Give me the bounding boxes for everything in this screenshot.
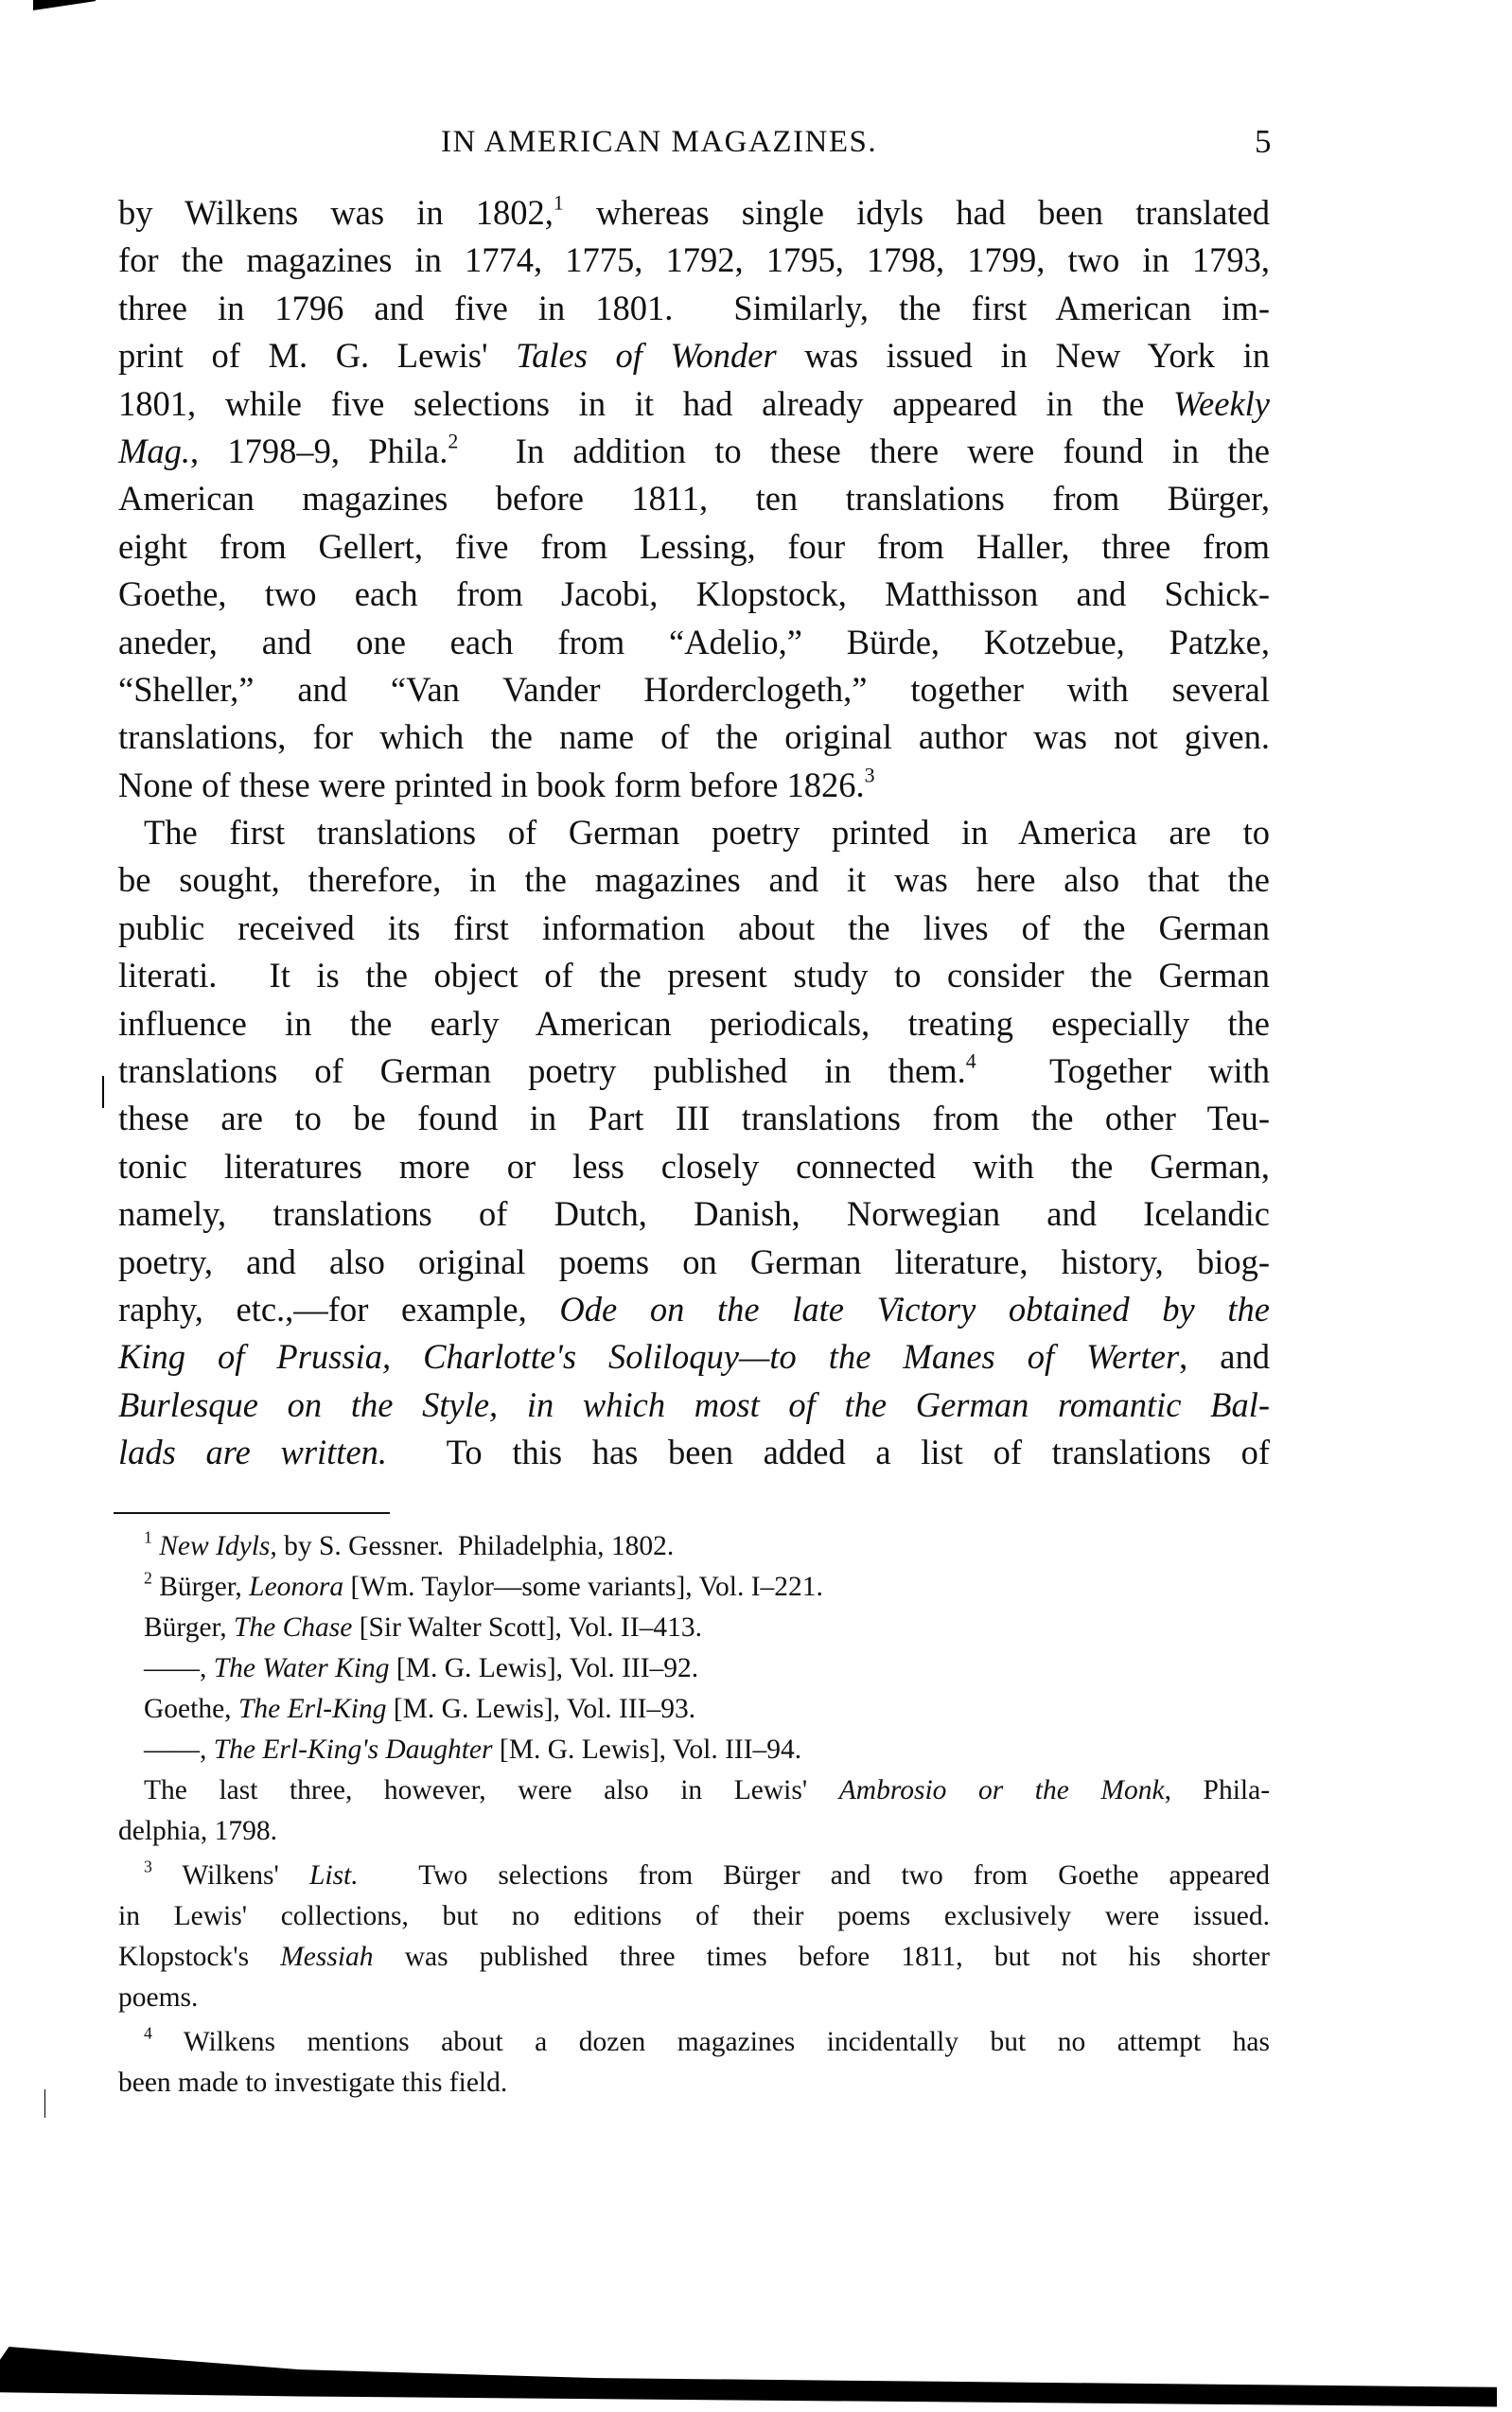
text-run: Goethe, two each from Jacobi, Klopstock,… <box>118 574 1270 613</box>
text-run: public received its first information ab… <box>118 908 1270 947</box>
body-line: for the magazines in 1774, 1775, 1792, 1… <box>118 237 1270 284</box>
text-run: None of these were printed in book form … <box>118 766 865 804</box>
body-line: Burlesque on the Style, in which most of… <box>118 1382 1270 1429</box>
footnotes-line: The last three, however, were also in Le… <box>118 1770 1270 1811</box>
body-line: literati. It is the object of the presen… <box>118 952 1270 999</box>
footnotes-line: 2 Bürger, Leonora [Wm. Taylor—some varia… <box>118 1567 1270 1608</box>
footnote-marker: 3 <box>144 1857 152 1876</box>
text-run: whereas single idyls had been translated <box>564 193 1270 232</box>
footnote-marker: 4 <box>144 2024 152 2043</box>
body-line: King of Prussia, Charlotte's Soliloquy—t… <box>118 1333 1270 1381</box>
scan-edge-bottom <box>0 2347 1497 2412</box>
italic-text: King of Prussia, Charlotte's Soliloquy—t… <box>118 1337 1179 1376</box>
text-run: 1801, while five selections in it had al… <box>118 384 1173 423</box>
text-run: Bürger, <box>144 1612 234 1643</box>
body-line: these are to be found in Part III transl… <box>118 1095 1270 1142</box>
margin-mark <box>102 1076 104 1108</box>
footnotes-line: ——, The Erl-King's Daughter [M. G. Lewis… <box>118 1730 1270 1770</box>
text-run: poems. <box>118 1982 198 2013</box>
text-run: ——, <box>144 1734 214 1765</box>
footnotes-line: delphia, 1798. <box>118 1811 1270 1852</box>
text-run: raphy, etc.,—for example, <box>118 1290 559 1329</box>
footnote-marker: 1 <box>554 191 564 215</box>
footnote-marker: 2 <box>448 430 458 453</box>
text-run: Goethe, <box>144 1694 238 1724</box>
text-run: To this has been added a list of transla… <box>387 1433 1270 1471</box>
text-run: was published three times before 1811, b… <box>374 1942 1270 1972</box>
text-run: by S. Gessner. Philadelphia, 1802. <box>277 1531 675 1561</box>
text-run: Wilkens mentions about a dozen magazines… <box>152 2027 1270 2057</box>
text-run: Together with <box>976 1051 1270 1090</box>
body-line: tonic literatures more or less closely c… <box>118 1143 1270 1190</box>
text-run: Bürger, <box>152 1572 249 1602</box>
text-run: The last three, however, were also in Le… <box>144 1775 839 1805</box>
italic-text: lads are written. <box>118 1433 387 1471</box>
body-line: influence in the early American periodic… <box>118 1000 1270 1048</box>
footnotes-line: Goethe, The Erl-King [M. G. Lewis], Vol.… <box>118 1689 1270 1730</box>
italic-text: New Idyls, <box>159 1531 277 1561</box>
italic-text: Messiah <box>280 1942 373 1972</box>
text-run: Two selections from Bürger and two from … <box>359 1860 1270 1891</box>
text-run: for the magazines in 1774, 1775, 1792, 1… <box>118 240 1270 279</box>
text-run: influence in the early American periodic… <box>118 1004 1270 1043</box>
margin-mark-dotted <box>44 2089 45 2118</box>
body-line: translations, for which the name of the … <box>118 713 1270 761</box>
text-run: Klopstock's <box>118 1942 280 1972</box>
text-run: American magazines before 1811, ten tran… <box>118 479 1270 518</box>
italic-text: Leonora <box>249 1572 343 1602</box>
text-run: “Sheller,” and “Van Vander Horderclogeth… <box>118 670 1270 709</box>
body-line: None of these were printed in book form … <box>118 762 1270 809</box>
page-header: IN AMERICAN MAGAZINES. 5 <box>0 121 1512 163</box>
text-run: eight from Gellert, five from Lessing, f… <box>118 527 1270 566</box>
footnotes: 1 New Idyls, by S. Gessner. Philadelphia… <box>118 1526 1270 2104</box>
italic-text: Mag. <box>118 431 190 470</box>
text-run: literati. It is the object of the presen… <box>118 956 1270 995</box>
italic-text: Ode on the late Victory obtained by the <box>559 1290 1270 1329</box>
body-line: Mag., 1798–9, Phila.2 In addition to the… <box>118 428 1270 475</box>
footnotes-line: 3 Wilkens' List. Two selections from Bür… <box>118 1856 1270 1896</box>
text-run: translations, for which the name of the … <box>118 717 1270 756</box>
text-run: in Lewis' collections, but no editions o… <box>118 1901 1270 1931</box>
text-run: [Sir Walter Scott], Vol. II–413. <box>352 1612 702 1643</box>
footnotes-line: in Lewis' collections, but no editions o… <box>118 1896 1270 1937</box>
text-run: Wilkens' <box>152 1860 309 1891</box>
text-run: [Wm. Taylor—some variants], Vol. I–221. <box>343 1572 823 1602</box>
italic-text: Tales of Wonder <box>516 336 777 375</box>
body-line: eight from Gellert, five from Lessing, f… <box>118 523 1270 571</box>
italic-text: The Erl-King <box>238 1694 387 1724</box>
italic-text: List. <box>309 1860 359 1891</box>
body-line: aneder, and one each from “Adelio,” Bürd… <box>118 619 1270 666</box>
footnote-rule <box>114 1512 390 1514</box>
page-number: 5 <box>1255 121 1272 163</box>
footnotes-line: Klopstock's Messiah was published three … <box>118 1937 1270 1978</box>
body-line: raphy, etc.,—for example, Ode on the lat… <box>118 1286 1270 1333</box>
body-line: by Wilkens was in 1802,1 whereas single … <box>118 189 1270 237</box>
body-line: translations of German poetry published … <box>118 1048 1270 1095</box>
footnotes-line: 4 Wilkens mentions about a dozen magazin… <box>118 2022 1270 2063</box>
text-run: aneder, and one each from “Adelio,” Bürd… <box>118 623 1270 661</box>
text-run: be sought, therefore, in the magazines a… <box>118 860 1270 899</box>
body-line: namely, translations of Dutch, Danish, N… <box>118 1190 1270 1238</box>
text-run: been made to investigate this field. <box>118 2068 507 2098</box>
footnotes-line: 1 New Idyls, by S. Gessner. Philadelphia… <box>118 1526 1270 1567</box>
text-run: translations of German poetry published … <box>118 1051 966 1090</box>
body-line: public received its first information ab… <box>118 905 1270 952</box>
body-line: 1801, while five selections in it had al… <box>118 380 1270 428</box>
body-line: The first translations of German poetry … <box>118 809 1270 856</box>
body-line: Goethe, two each from Jacobi, Klopstock,… <box>118 571 1270 618</box>
italic-text: The Chase <box>234 1612 352 1643</box>
italic-text: Ambrosio or the Monk <box>839 1775 1165 1805</box>
italic-text: Weekly <box>1173 384 1270 423</box>
italic-text: The Water King <box>214 1653 390 1683</box>
text-run: ——, <box>144 1653 214 1683</box>
footnotes-line: poems. <box>118 1978 1270 2018</box>
body-text: by Wilkens was in 1802,1 whereas single … <box>118 189 1270 1477</box>
footnote-marker: 1 <box>144 1528 152 1547</box>
italic-text: The Erl-King's Daughter <box>214 1734 493 1765</box>
text-run: [M. G. Lewis], Vol. III–94. <box>493 1734 802 1765</box>
text-run: was issued in New York in <box>777 336 1270 375</box>
text-run: poetry, and also original poems on Germa… <box>118 1242 1270 1281</box>
text-run: , Phila- <box>1165 1775 1270 1805</box>
text-run: , and <box>1179 1337 1270 1376</box>
text-run: [M. G. Lewis], Vol. III–93. <box>386 1694 695 1724</box>
text-run: namely, translations of Dutch, Danish, N… <box>118 1194 1270 1233</box>
text-run: by Wilkens was in 1802, <box>118 193 554 232</box>
body-line: lads are written. To this has been added… <box>118 1429 1270 1476</box>
body-line: poetry, and also original poems on Germa… <box>118 1239 1270 1286</box>
text-run: tonic literatures more or less closely c… <box>118 1147 1270 1186</box>
footnotes-line: Bürger, The Chase [Sir Walter Scott], Vo… <box>118 1608 1270 1648</box>
body-line: “Sheller,” and “Van Vander Horderclogeth… <box>118 666 1270 713</box>
text-run: delphia, 1798. <box>118 1816 277 1846</box>
text-run: print of M. G. Lewis' <box>118 336 516 375</box>
footnote-marker: 2 <box>144 1569 152 1588</box>
text-run: three in 1796 and five in 1801. Similarl… <box>118 289 1270 327</box>
footnote-marker: 3 <box>865 763 875 786</box>
text-run: , 1798–9, Phila. <box>190 431 448 470</box>
footnotes-line: been made to investigate this field. <box>118 2063 1270 2104</box>
footnote-marker: 4 <box>966 1049 976 1073</box>
text-run: these are to be found in Part III transl… <box>118 1099 1270 1137</box>
body-line: American magazines before 1811, ten tran… <box>118 475 1270 522</box>
running-head: IN AMERICAN MAGAZINES. <box>441 121 877 163</box>
italic-text: Burlesque on the Style, in which most of… <box>118 1385 1270 1424</box>
body-line: be sought, therefore, in the magazines a… <box>118 856 1270 904</box>
footnotes-line: ——, The Water King [M. G. Lewis], Vol. I… <box>118 1648 1270 1689</box>
text-run: The first translations of German poetry … <box>144 813 1270 852</box>
scan-edge-top-left <box>33 0 96 10</box>
body-line: three in 1796 and five in 1801. Similarl… <box>118 285 1270 332</box>
text-run: In addition to these there were found in… <box>458 431 1270 470</box>
text-run: [M. G. Lewis], Vol. III–92. <box>390 1653 699 1683</box>
body-line: print of M. G. Lewis' Tales of Wonder wa… <box>118 332 1270 379</box>
